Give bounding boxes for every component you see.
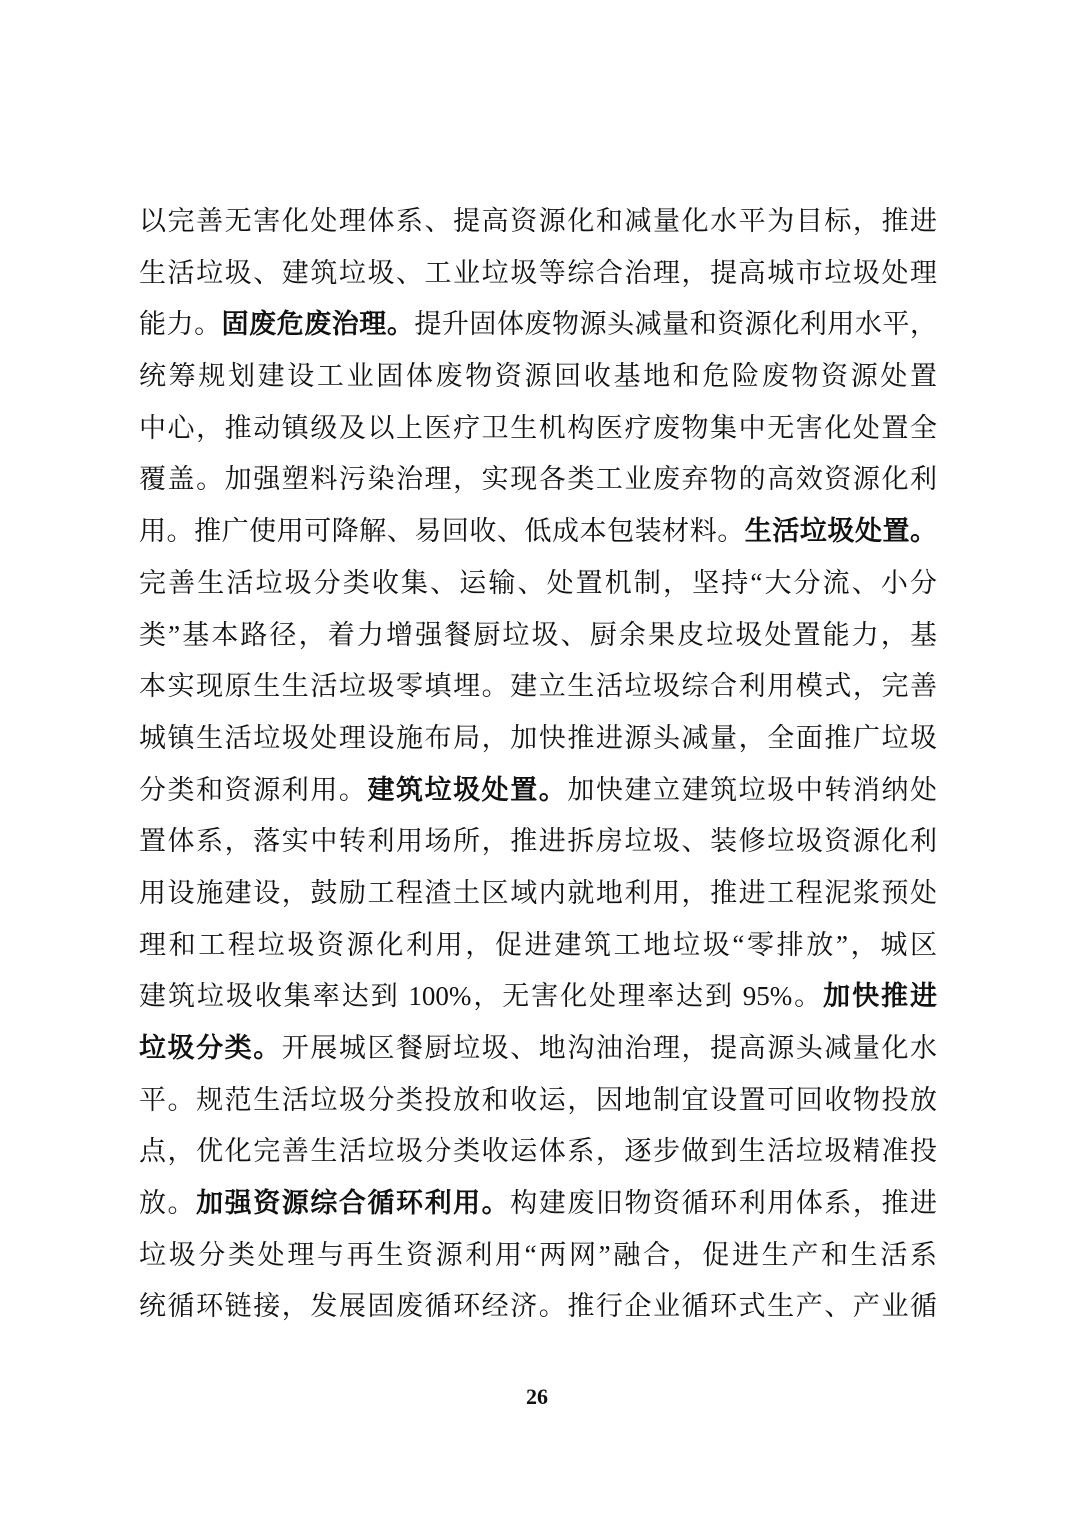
text-line: 本实现原生生活垃圾零填埋。建立生活垃圾综合利用模式，完善 [139, 661, 937, 713]
text-run: 加快建立建筑垃圾中转消纳处 [567, 775, 937, 805]
text-line: 类”基本路径，着力增强餐厨垃圾、厨余果皮垃圾处置能力，基 [139, 610, 937, 662]
section-heading-run: 垃圾分类。 [139, 1033, 282, 1063]
text-run: 平。规范生活垃圾分类投放和收运，因地制宜设置可回收物投放 [139, 1085, 937, 1115]
text-line: 城镇生活垃圾处理设施布局，加快推进源头减量，全面推广垃圾 [139, 713, 937, 765]
text-run: 完善生活垃圾分类收集、运输、处置机制，坚持“大分流、小分 [139, 568, 937, 598]
text-line: 能力。固废危废治理。提升固体废物源头减量和资源化利用水平， [139, 299, 937, 351]
text-line: 垃圾分类处理与再生资源利用“两网”融合，促进生产和生活系 [139, 1230, 937, 1282]
text-run: 城镇生活垃圾处理设施布局，加快推进源头减量，全面推广垃圾 [139, 723, 937, 753]
text-run: 用设施建设，鼓励工程渣土区域内就地利用，推进工程泥浆预处 [139, 878, 937, 908]
text-run: 以完善无害化处理体系、提高资源化和减量化水平为目标，推进 [139, 206, 937, 236]
text-run: 覆盖。加强塑料污染治理，实现各类工业废弃物的高效资源化利 [139, 464, 937, 494]
text-line: 置体系，落实中转利用场所，推进拆房垃圾、装修垃圾资源化利 [139, 816, 937, 868]
text-line: 用设施建设，鼓励工程渣土区域内就地利用，推进工程泥浆预处 [139, 868, 937, 920]
section-heading-run: 加强资源综合循环利用。 [196, 1188, 510, 1218]
text-run: 置体系，落实中转利用场所，推进拆房垃圾、装修垃圾资源化利 [139, 826, 937, 856]
page-number: 26 [0, 1384, 1074, 1410]
text-line: 统筹规划建设工业固体废物资源回收基地和危险废物资源处置 [139, 351, 937, 403]
text-run: 中心，推动镇级及以上医疗卫生机构医疗废物集中无害化处置全 [139, 413, 937, 443]
text-run: 用。推广使用可降解、易回收、低成本包装材料。 [139, 516, 745, 546]
text-run: 类”基本路径，着力增强餐厨垃圾、厨余果皮垃圾处置能力，基 [139, 620, 937, 650]
text-run: 放。 [139, 1188, 196, 1218]
text-line: 中心，推动镇级及以上医疗卫生机构医疗废物集中无害化处置全 [139, 403, 937, 455]
text-run: 生活垃圾、建筑垃圾、工业垃圾等综合治理，提高城市垃圾处理 [139, 258, 937, 288]
document-page: 以完善无害化处理体系、提高资源化和减量化水平为目标，推进 生活垃圾、建筑垃圾、工… [0, 0, 1074, 1519]
text-run: 理和工程垃圾资源化利用，促进建筑工地垃圾“零排放”，城区 [139, 930, 937, 960]
text-run: 建筑垃圾收集率达到 100%，无害化处理率达到 95%。 [139, 981, 823, 1011]
text-line: 生活垃圾、建筑垃圾、工业垃圾等综合治理，提高城市垃圾处理 [139, 248, 937, 300]
text-line: 分类和资源利用。建筑垃圾处置。加快建立建筑垃圾中转消纳处 [139, 765, 937, 817]
body-text: 以完善无害化处理体系、提高资源化和减量化水平为目标，推进 生活垃圾、建筑垃圾、工… [139, 196, 937, 1333]
text-line: 点，优化完善生活垃圾分类收运体系，逐步做到生活垃圾精准投 [139, 1126, 937, 1178]
text-line: 用。推广使用可降解、易回收、低成本包装材料。生活垃圾处置。 [139, 506, 937, 558]
text-run: 本实现原生生活垃圾零填埋。建立生活垃圾综合利用模式，完善 [139, 671, 937, 701]
text-line: 以完善无害化处理体系、提高资源化和减量化水平为目标，推进 [139, 196, 937, 248]
text-line: 完善生活垃圾分类收集、运输、处置机制，坚持“大分流、小分 [139, 558, 937, 610]
section-heading-run: 生活垃圾处置。 [745, 516, 937, 546]
text-run: 点，优化完善生活垃圾分类收运体系，逐步做到生活垃圾精准投 [139, 1136, 937, 1166]
section-heading-run: 固废危废治理。 [222, 309, 415, 339]
text-run: 提升固体废物源头减量和资源化利用水平， [414, 309, 937, 339]
text-run: 统筹规划建设工业固体废物资源回收基地和危险废物资源处置 [139, 361, 937, 391]
text-line: 平。规范生活垃圾分类投放和收运，因地制宜设置可回收物投放 [139, 1075, 937, 1127]
text-run: 构建废旧物资循环利用体系，推进 [510, 1188, 937, 1218]
text-line: 理和工程垃圾资源化利用，促进建筑工地垃圾“零排放”，城区 [139, 920, 937, 972]
text-line: 统循环链接，发展固废循环经济。推行企业循环式生产、产业循 [139, 1281, 937, 1333]
text-line: 放。加强资源综合循环利用。构建废旧物资循环利用体系，推进 [139, 1178, 937, 1230]
text-run: 分类和资源利用。 [139, 775, 367, 805]
text-run: 统循环链接，发展固废循环经济。推行企业循环式生产、产业循 [139, 1291, 937, 1321]
section-heading-run: 加快推进 [823, 981, 937, 1011]
text-line: 建筑垃圾收集率达到 100%，无害化处理率达到 95%。加快推进 [139, 971, 937, 1023]
text-line: 覆盖。加强塑料污染治理，实现各类工业废弃物的高效资源化利 [139, 454, 937, 506]
text-run: 垃圾分类处理与再生资源利用“两网”融合，促进生产和生活系 [139, 1240, 937, 1270]
text-line: 垃圾分类。开展城区餐厨垃圾、地沟油治理，提高源头减量化水 [139, 1023, 937, 1075]
section-heading-run: 建筑垃圾处置。 [367, 775, 567, 805]
text-run: 开展城区餐厨垃圾、地沟油治理，提高源头减量化水 [282, 1033, 937, 1063]
text-run: 能力。 [139, 309, 222, 339]
